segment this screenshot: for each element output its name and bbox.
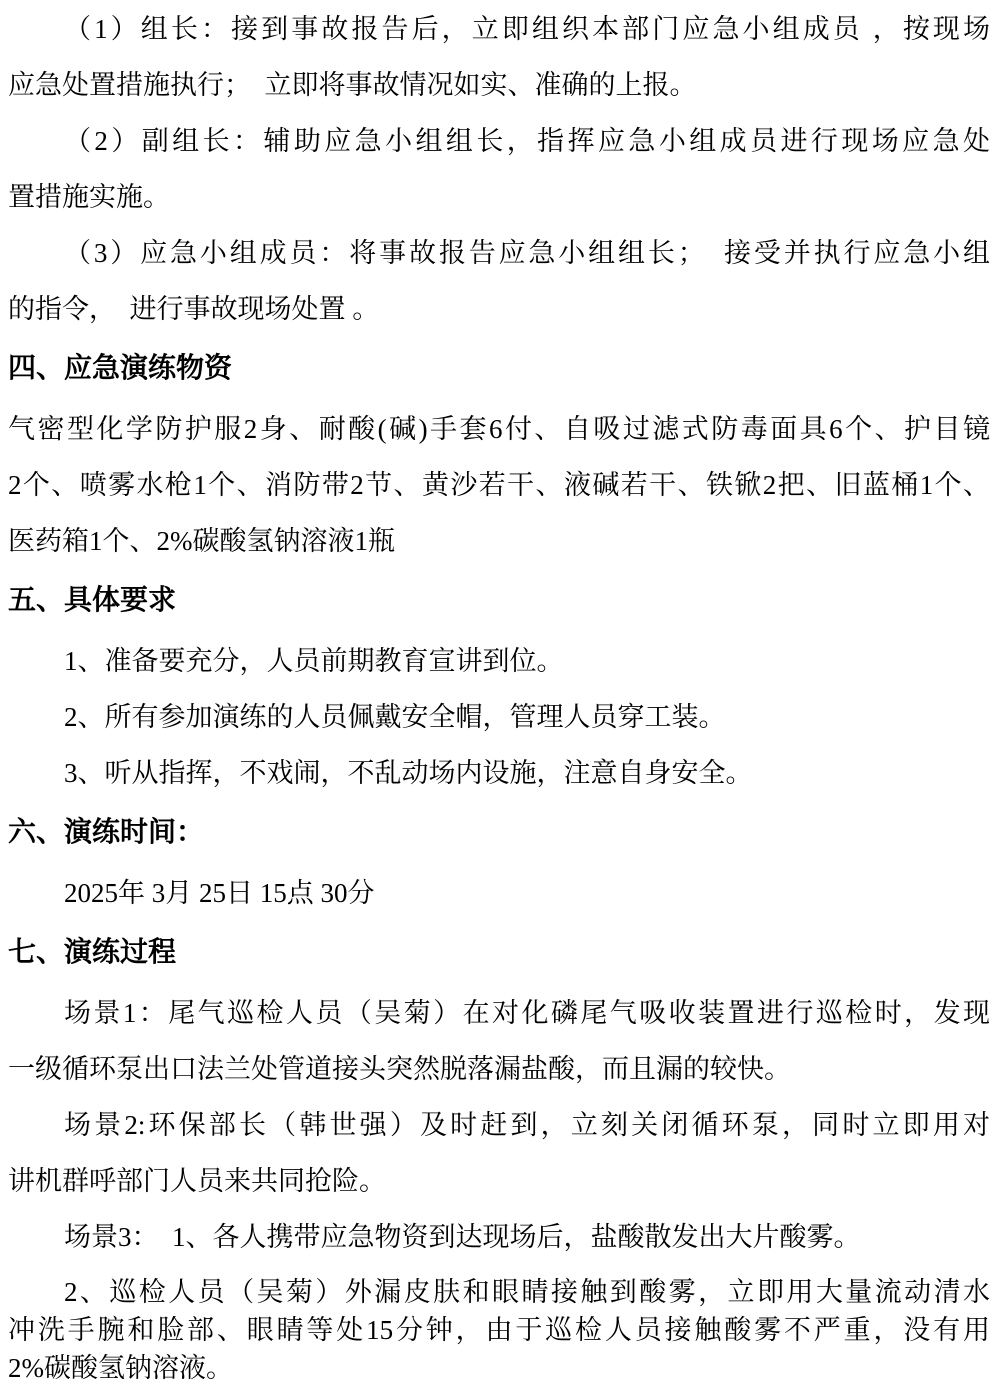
para-line: 2025年 3月 25日 15点 30分 [8,865,990,921]
para-line: （2）副组长：辅助应急小组组长，指挥应急小组成员进行现场应急处 [8,113,990,169]
para-line: 医药箱1个、2%碳酸氢钠溶液1瓶 [8,513,990,569]
para-requirement-1: 1、准备要充分，人员前期教育宣讲到位。 [8,633,990,689]
para-line: 2个、喷雾水枪1个、消防带2节、黄沙若干、液碱若干、铁锨2把、旧蓝桶1个、 [8,457,990,513]
para-line: 气密型化学防护服2身、耐酸(碱)手套6付、自吸过滤式防毒面具6个、护目镜 [8,401,990,457]
para-line: 冲洗手腕和脸部、眼睛等处15分钟，由于巡检人员接触酸雾不严重，没有用 [8,1311,990,1349]
section-heading-materials: 四、应急演练物资 [8,341,990,397]
section-heading-drill-time: 六、演练时间： [8,805,990,861]
para-line: 讲机群呼部门人员来共同抢险。 [8,1153,990,1209]
para-group-leader: （1）组长：接到事故报告后，立即组织本部门应急小组成员 ，按现场 应急处置措施执… [8,1,990,113]
para-line: 3、听从指挥，不戏闹，不乱动场内设施，注意自身安全。 [8,745,990,801]
para-line: 2、巡检人员（吴菊）外漏皮肤和眼睛接触到酸雾，立即用大量流动清水 [8,1273,990,1311]
para-line: 一级循环泵出口法兰处管道接头突然脱落漏盐酸，而且漏的较快。 [8,1041,990,1097]
para-line: 2、所有参加演练的人员佩戴安全帽，管理人员穿工装。 [8,689,990,745]
para-line: 2%碳酸氢钠溶液。 [8,1349,990,1387]
para-scene-2: 场景2:环保部长（韩世强）及时赶到，立刻关闭循环泵，同时立即用对 讲机群呼部门人… [8,1097,990,1209]
para-scene-3-step-2: 2、巡检人员（吴菊）外漏皮肤和眼睛接触到酸雾，立即用大量流动清水 冲洗手腕和脸部… [8,1273,990,1387]
para-deputy-leader: （2）副组长：辅助应急小组组长，指挥应急小组成员进行现场应急处 置措施实施。 [8,113,990,225]
para-line: 应急处置措施执行； 立即将事故情况如实、准确的上报。 [8,57,990,113]
para-line: 1、准备要充分，人员前期教育宣讲到位。 [8,633,990,689]
para-line: 场景2:环保部长（韩世强）及时赶到，立刻关闭循环泵，同时立即用对 [8,1097,990,1153]
para-line: 场景3： 1、各人携带应急物资到达现场后，盐酸散发出大片酸雾。 [8,1209,990,1265]
section-heading-drill-process: 七、演练过程 [8,925,990,981]
document-page: （1）组长：接到事故报告后，立即组织本部门应急小组成员 ，按现场 应急处置措施执… [0,0,1000,1387]
para-scene-1: 场景1：尾气巡检人员（吴菊）在对化磷尾气吸收装置进行巡检时，发现 一级循环泵出口… [8,985,990,1097]
para-requirement-2: 2、所有参加演练的人员佩戴安全帽，管理人员穿工装。 [8,689,990,745]
section-heading-requirements: 五、具体要求 [8,573,990,629]
para-requirement-3: 3、听从指挥，不戏闹，不乱动场内设施，注意自身安全。 [8,745,990,801]
para-line: （1）组长：接到事故报告后，立即组织本部门应急小组成员 ，按现场 [8,1,990,57]
para-materials-list: 气密型化学防护服2身、耐酸(碱)手套6付、自吸过滤式防毒面具6个、护目镜 2个、… [8,401,990,569]
para-line: 场景1：尾气巡检人员（吴菊）在对化磷尾气吸收装置进行巡检时，发现 [8,985,990,1041]
para-line: 的指令， 进行事故现场处置 。 [8,281,990,337]
para-line: 置措施实施。 [8,169,990,225]
para-line: （3）应急小组成员：将事故报告应急小组组长； 接受并执行应急小组 [8,225,990,281]
para-scene-3-step-1: 场景3： 1、各人携带应急物资到达现场后，盐酸散发出大片酸雾。 [8,1209,990,1265]
para-drill-datetime: 2025年 3月 25日 15点 30分 [8,865,990,921]
para-team-members: （3）应急小组成员：将事故报告应急小组组长； 接受并执行应急小组 的指令， 进行… [8,225,990,337]
